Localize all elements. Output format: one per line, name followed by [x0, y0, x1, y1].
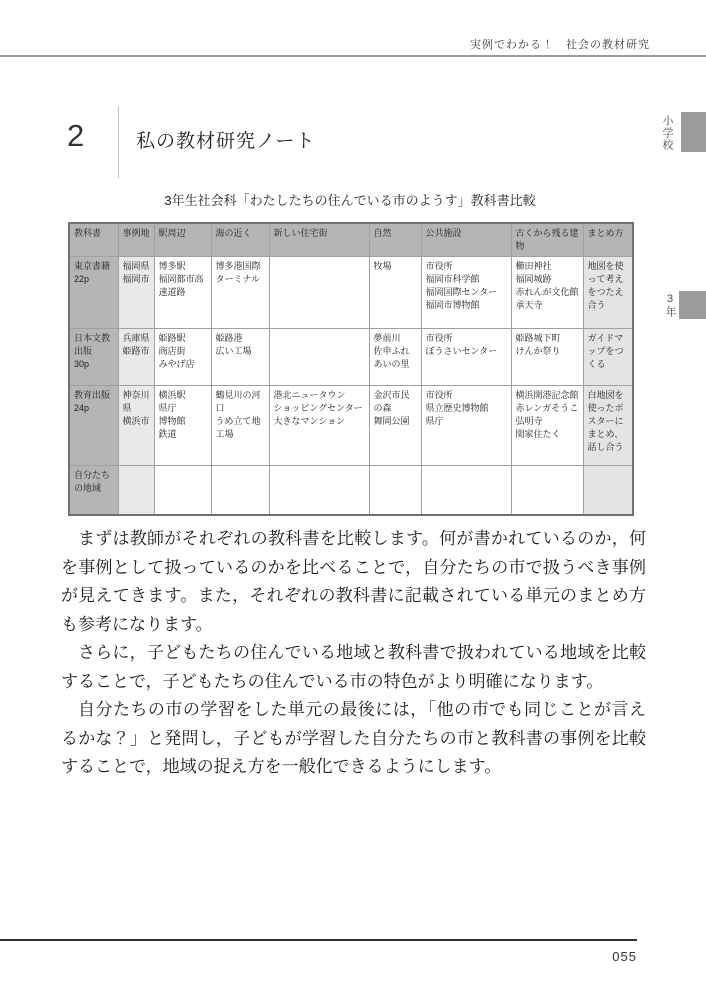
section-title: 私の教材研究ノート — [136, 126, 315, 153]
col-header-summary-method: まとめ方 — [583, 223, 633, 256]
body-text: まずは教師がそれぞれの教科書を比較します。何が書かれているのか，何を事例として扱… — [61, 525, 646, 782]
col-header-textbook: 教科書 — [69, 223, 118, 256]
cell-summary-method: 地図を使って考えをつたえ合う — [583, 256, 633, 328]
cell-nature: 夢前川 佐申ふれあいの里 — [369, 328, 421, 385]
body-paragraph-2: さらに，子どもたちの住んでいる地域と教科書で扱われている地域を比較することで，子… — [61, 639, 646, 696]
col-header-new-housing: 新しい住宅街 — [269, 223, 369, 256]
body-paragraph-3: 自分たちの市の学習をした単元の最後には，「他の市でも同じことが言えるかな？」と発… — [61, 696, 646, 782]
cell-public-facilities: 市役所 福岡市科学館 福岡国際センター 福岡市博物館 — [421, 256, 511, 328]
cell-summary-method: ガイドマップをつくる — [583, 328, 633, 385]
table-row-own-region: 自分たちの地域 — [69, 465, 633, 515]
cell-public-facilities: 市役所 ぼうさいセンター — [421, 328, 511, 385]
running-head: 実例でわかる！ 社会の教材研究 — [470, 36, 650, 52]
cell-textbook: 日本文教出版 30p — [69, 328, 118, 385]
table-caption: 3年生社会科「わたしたちの住んでいる市のようす」教科書比較 — [68, 190, 632, 209]
header-rule — [0, 55, 706, 57]
col-header-sea: 海の近く — [211, 223, 269, 256]
cell-sea: 博多港国際ターミナル — [211, 256, 269, 328]
table-row: 教育出版 24p 神奈川県 横浜市 横浜駅 県庁 博物館 鉄道 鶴見川の河口 う… — [69, 385, 633, 465]
side-tab-grade-marker — [679, 291, 706, 319]
table-row: 日本文教出版 30p 兵庫県 姫路市 姫路駅 商店街 みやげ店 姫路港 広い工場… — [69, 328, 633, 385]
cell-case-area: 兵庫県 姫路市 — [118, 328, 154, 385]
book-page: 実例でわかる！ 社会の教材研究 小学校 3年 2 私の教材研究ノート 3年生社会… — [0, 0, 706, 1000]
side-tab-grade-label: 3年 — [662, 293, 678, 318]
cell-nature: 牧場 — [369, 256, 421, 328]
cell-new-housing — [269, 256, 369, 328]
cell-old-buildings: 姫路城下町 けんか祭り — [511, 328, 583, 385]
footer-rule — [0, 939, 637, 941]
cell-summary-method — [583, 465, 633, 515]
cell-station — [154, 465, 211, 515]
cell-textbook: 教育出版 24p — [69, 385, 118, 465]
body-paragraph-1: まずは教師がそれぞれの教科書を比較します。何が書かれているのか，何を事例として扱… — [61, 525, 646, 639]
cell-new-housing — [269, 328, 369, 385]
cell-case-area: 神奈川県 横浜市 — [118, 385, 154, 465]
col-header-case-area: 事例地 — [118, 223, 154, 256]
cell-station: 横浜駅 県庁 博物館 鉄道 — [154, 385, 211, 465]
cell-public-facilities — [421, 465, 511, 515]
cell-textbook: 自分たちの地域 — [69, 465, 118, 515]
textbook-comparison-table: 教科書 事例地 駅周辺 海の近く 新しい住宅街 自然 公共施設 古くから残る建物… — [68, 222, 634, 516]
cell-case-area: 福岡県 福岡市 — [118, 256, 154, 328]
table-row: 東京書籍 22p 福岡県 福岡市 博多駅 福岡都市高速道路 博多港国際ターミナル… — [69, 256, 633, 328]
col-header-public-facilities: 公共施設 — [421, 223, 511, 256]
cell-station: 姫路駅 商店街 みやげ店 — [154, 328, 211, 385]
section-divider — [118, 106, 119, 178]
cell-textbook: 東京書籍 22p — [69, 256, 118, 328]
cell-sea: 姫路港 広い工場 — [211, 328, 269, 385]
table-header-row: 教科書 事例地 駅周辺 海の近く 新しい住宅街 自然 公共施設 古くから残る建物… — [69, 223, 633, 256]
cell-old-buildings: 櫛田神社 福岡城跡 赤れんが文化館 承天寺 — [511, 256, 583, 328]
cell-old-buildings: 横浜開港記念館 赤レンガそうこ 弘明寺 関家住たく — [511, 385, 583, 465]
cell-new-housing: 港北ニュータウン ショッピングセンター 大きなマンション — [269, 385, 369, 465]
cell-nature — [369, 465, 421, 515]
side-tab-school-label: 小学校 — [659, 115, 675, 151]
cell-sea: 鶴見川の河口 うめ立て地 工場 — [211, 385, 269, 465]
col-header-old-buildings: 古くから残る建物 — [511, 223, 583, 256]
section-number: 2 — [67, 118, 84, 154]
cell-nature: 金沢市民の森 舞岡公園 — [369, 385, 421, 465]
cell-sea — [211, 465, 269, 515]
cell-old-buildings — [511, 465, 583, 515]
cell-summary-method: 白地図を使ったポスターにまとめ、話し合う — [583, 385, 633, 465]
page-number: 055 — [560, 949, 637, 964]
col-header-station: 駅周辺 — [154, 223, 211, 256]
cell-new-housing — [269, 465, 369, 515]
col-header-nature: 自然 — [369, 223, 421, 256]
cell-station: 博多駅 福岡都市高速道路 — [154, 256, 211, 328]
cell-case-area — [118, 465, 154, 515]
side-tab-school-marker — [681, 112, 706, 152]
cell-public-facilities: 市役所 県立歴史博物館 県庁 — [421, 385, 511, 465]
